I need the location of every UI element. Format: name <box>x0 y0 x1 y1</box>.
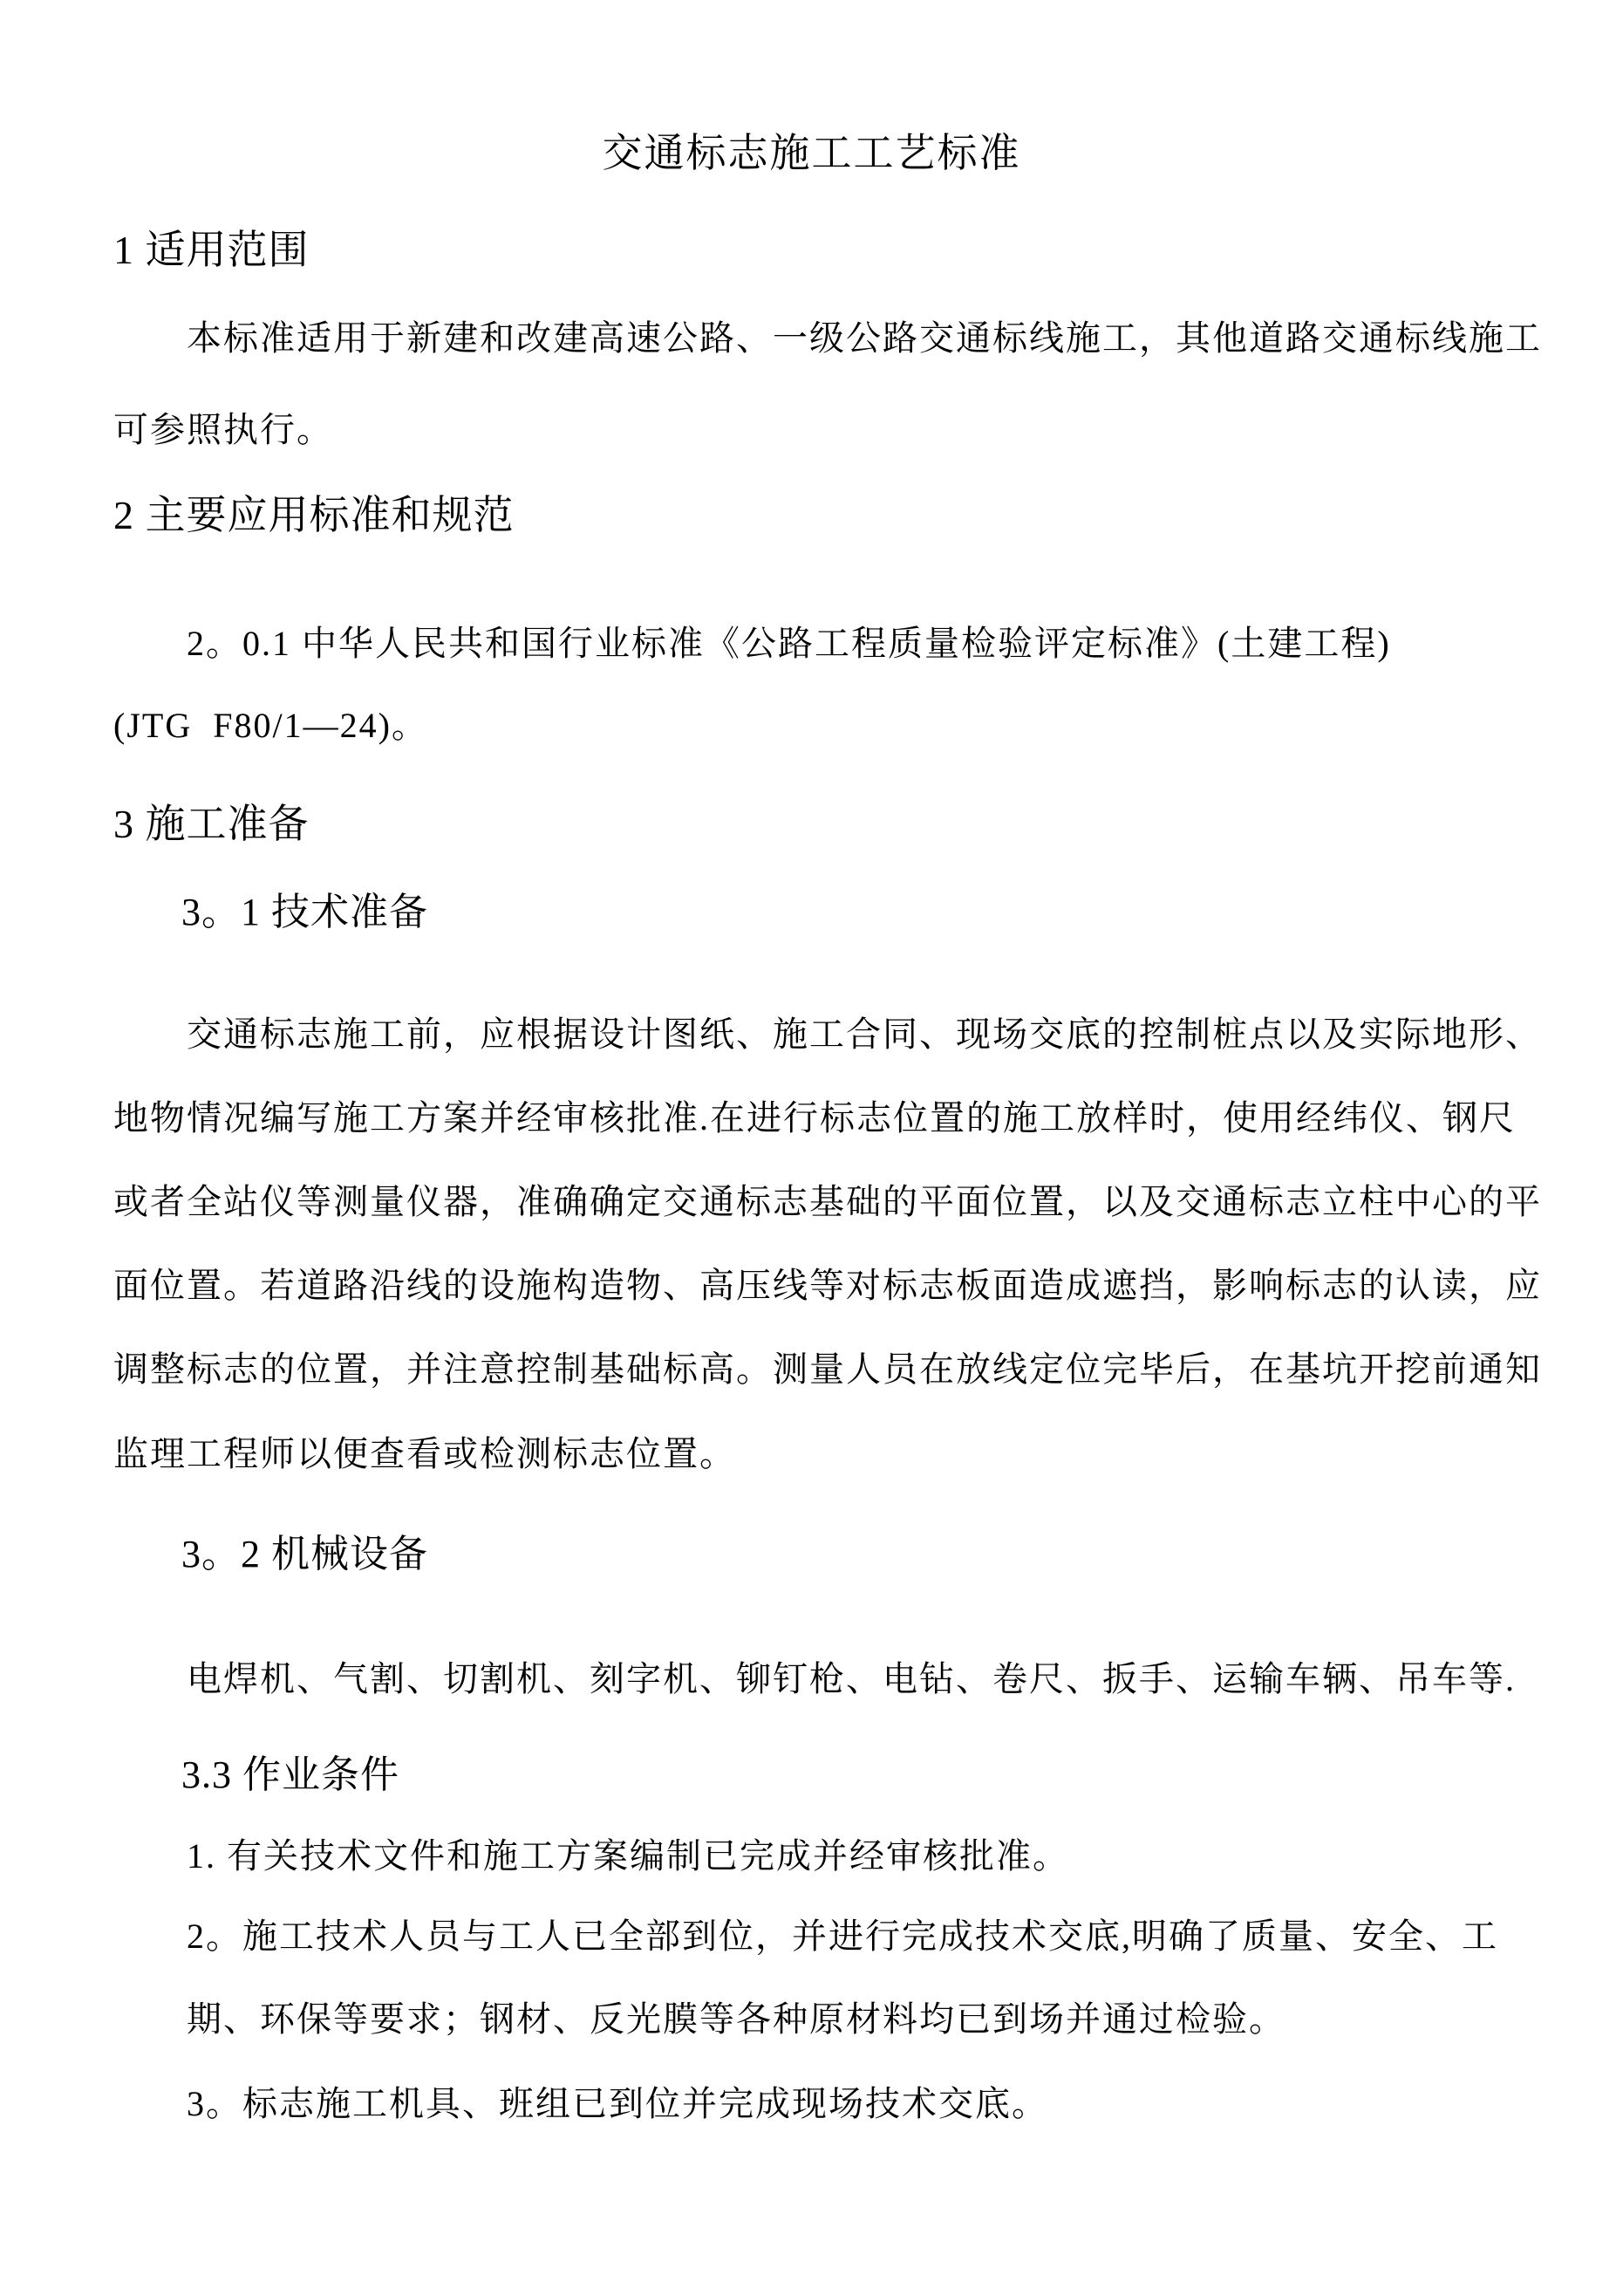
document-title: 交通标志施工工艺标准 <box>0 121 1623 179</box>
document-page: 交通标志施工工艺标准 1 适用范围 本标准适用于新建和改建高速公路、一级公路交通… <box>0 0 1623 2296</box>
subsection-3-1-paragraph-line: 交通标志施工前，应根据设计图纸、施工合同、现场交底的控制桩点以及实际地形、 <box>187 1007 1542 1056</box>
subsection-3-2-paragraph-line: 电焊机、气割、切割机、刻字机、铆钉枪、电钻、卷尺、扳手、运输车辆、吊车等. <box>187 1651 1516 1701</box>
subsection-3-3-heading: 3.3 作业条件 <box>181 1743 399 1799</box>
subsection-3-1-paragraph-line: 地物情况编写施工方案并经审核批准.在进行标志位置的施工放样时，使用经纬仪、钢尺 <box>113 1090 1516 1140</box>
section-3-heading: 3 施工准备 <box>113 792 310 850</box>
subsection-3-1-paragraph-line: 面位置。若道路沿线的设施构造物、高压线等对标志板面造成遮挡，影响标志的认读，应 <box>113 1258 1542 1308</box>
subsection-3-3-list-line: 期、环保等要求；钢材、反光膜等各种原材料均已到场并通过检验。 <box>187 1992 1285 2041</box>
section-2-paragraph-line: 2。0.1 中华人民共和国行业标准《公路工程质量检验评定标准》(土建工程) <box>187 616 1391 666</box>
subsection-3-1-paragraph-line: 监理工程师以便查看或检测标志位置。 <box>113 1426 736 1476</box>
subsection-3-1-paragraph-line: 调整标志的位置，并注意控制基础标高。测量人员在放线定位完毕后，在基坑开挖前通知 <box>113 1342 1542 1391</box>
section-1-heading: 1 适用范围 <box>113 218 310 276</box>
section-2-heading: 2 主要应用标准和规范 <box>113 483 515 541</box>
subsection-3-3-list-line: 3。标志施工机具、班组已到位并完成现场技术交底。 <box>187 2076 1048 2126</box>
section-1-paragraph-line: 本标准适用于新建和改建高速公路、一级公路交通标线施工，其他道路交通标线施工 <box>187 311 1542 360</box>
subsection-3-2-heading: 3。2 机械设备 <box>181 1522 428 1578</box>
section-2-paragraph-line: (JTG F80/1—24)。 <box>113 698 428 748</box>
subsection-3-3-list-line: 2。施工技术人员与工人已全部到位，并进行完成技术交底,明确了质量、安全、工 <box>187 1909 1498 1958</box>
subsection-3-1-paragraph-line: 或者全站仪等测量仪器，准确确定交通标志基础的平面位置，以及交通标志立柱中心的平 <box>113 1174 1542 1224</box>
subsection-3-3-list-line: 1. 有关技术文件和施工方案编制已完成并经审核批准。 <box>187 1828 1069 1878</box>
section-1-paragraph-line: 可参照执行。 <box>113 402 333 452</box>
subsection-3-1-heading: 3。1 技术准备 <box>181 880 428 936</box>
